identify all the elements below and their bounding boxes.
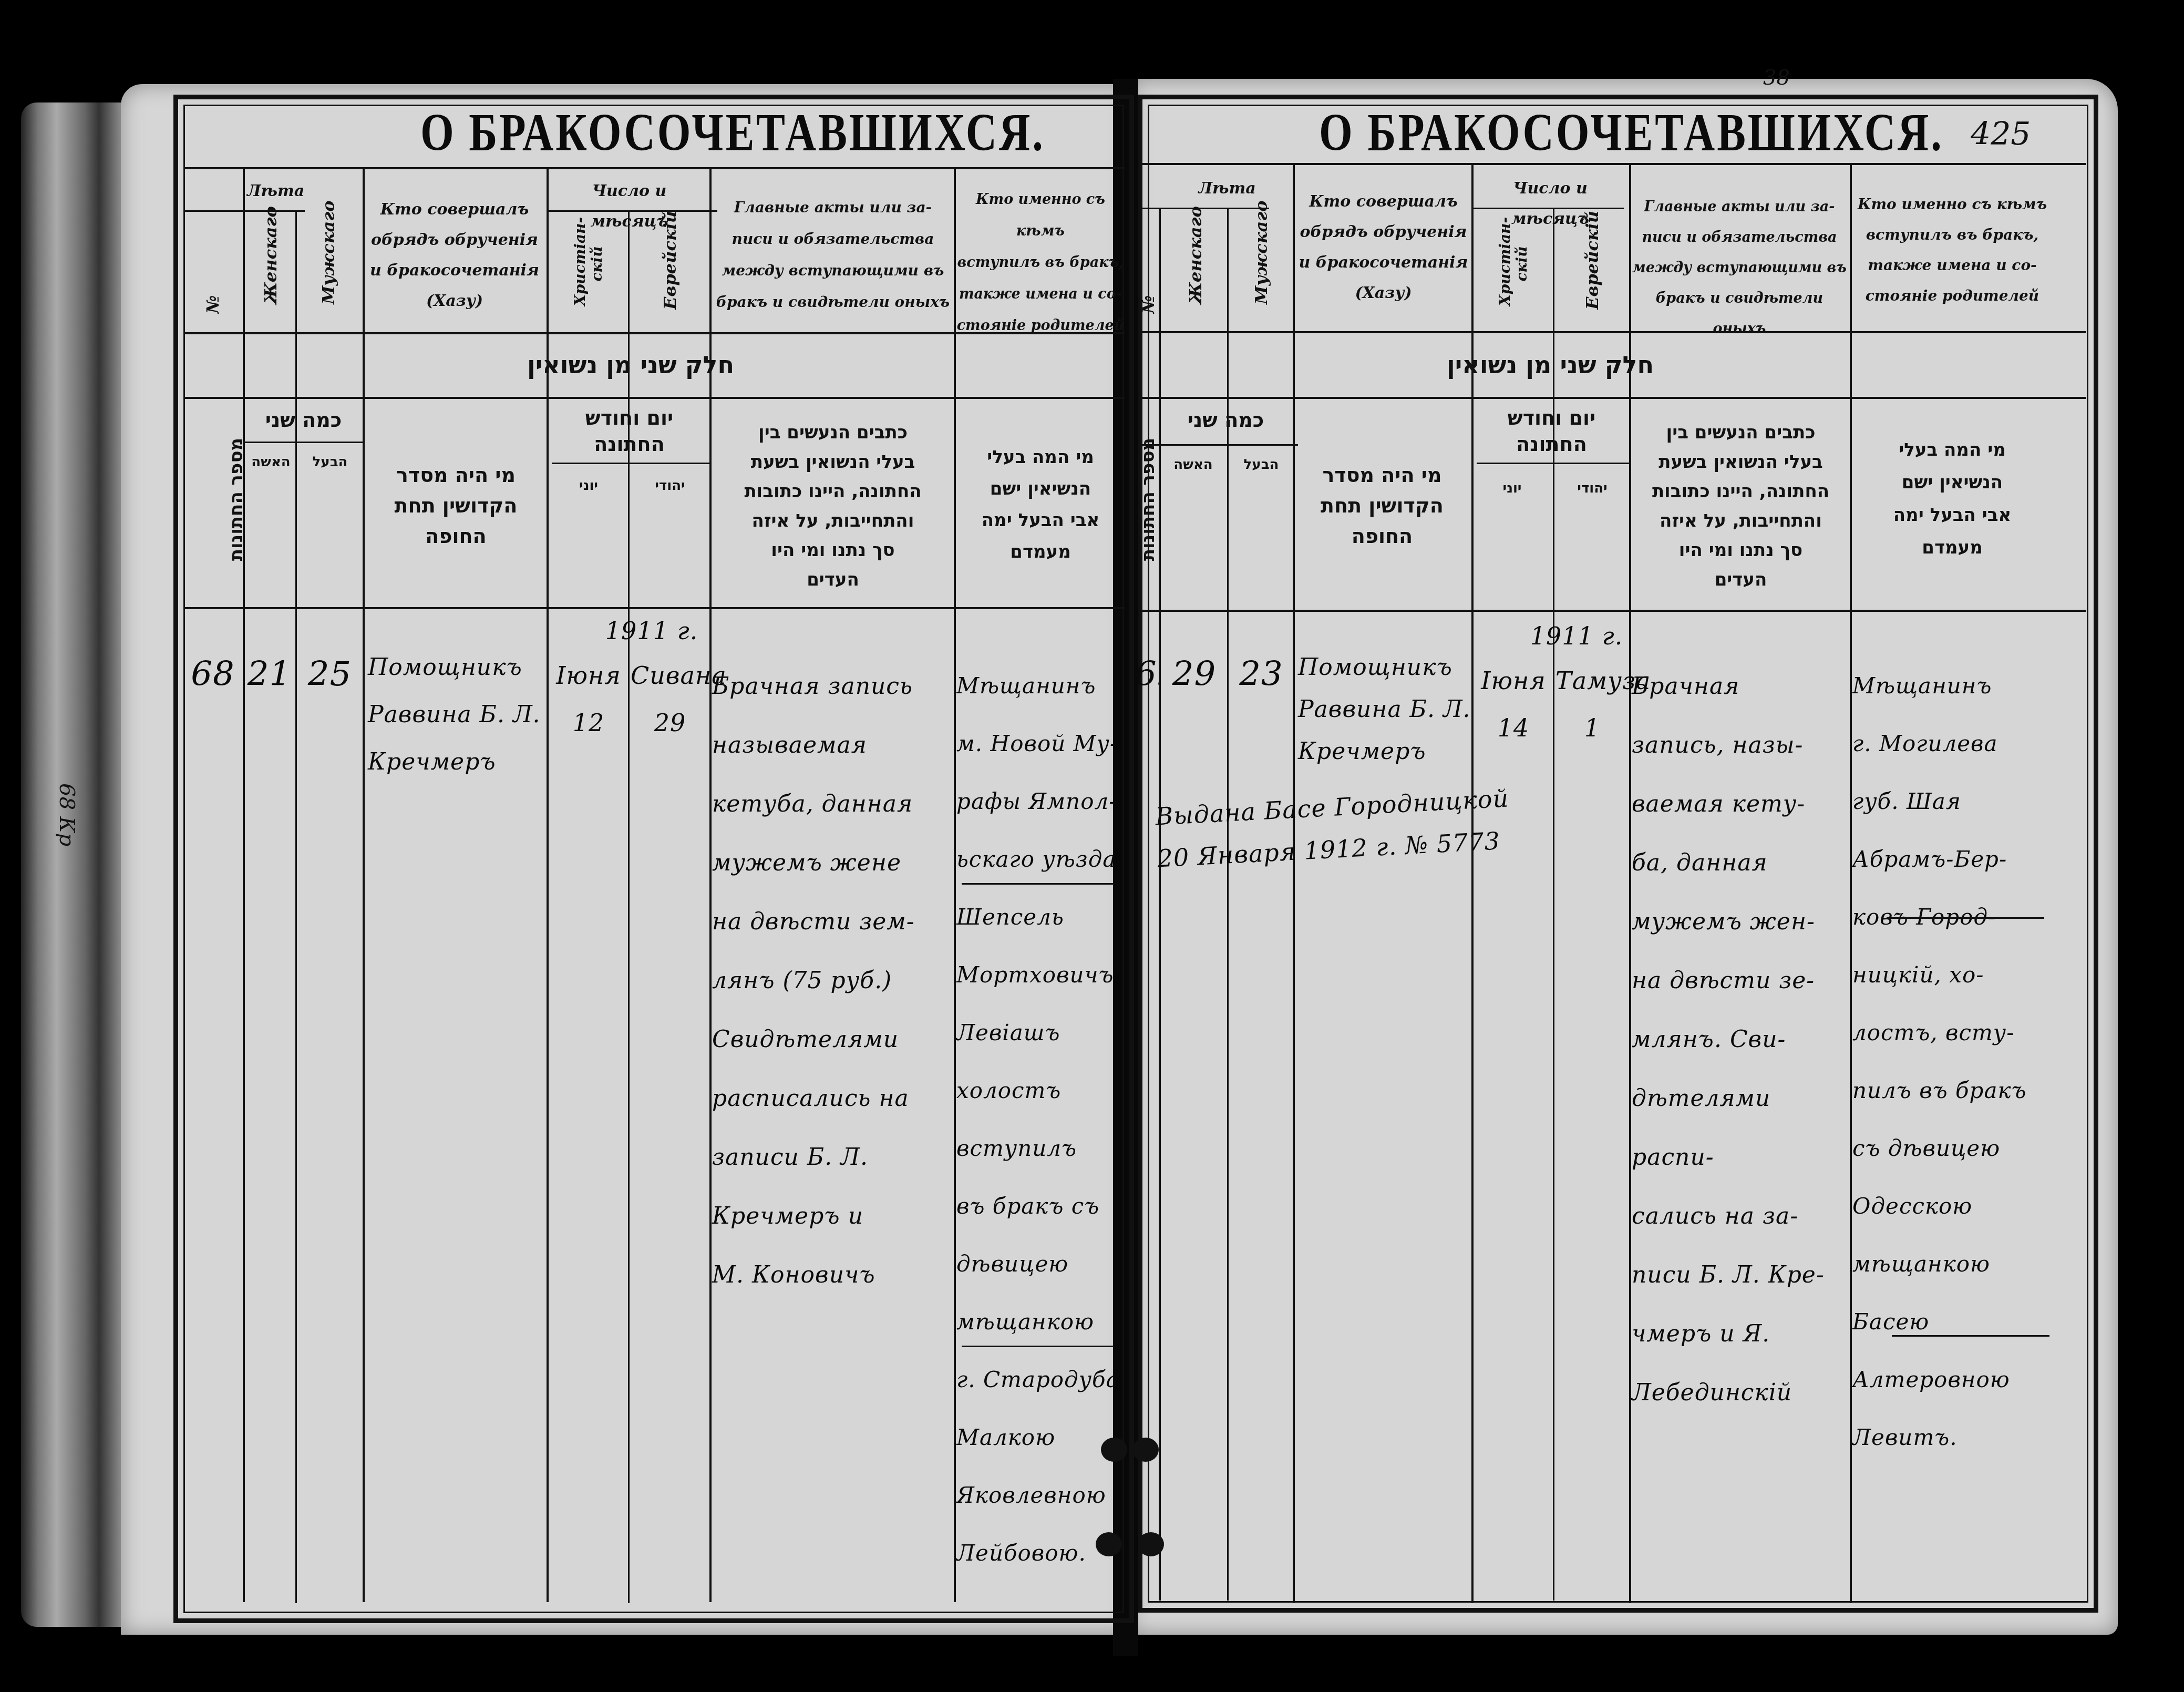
header-he-number: מספר החתונות — [1138, 421, 1159, 578]
entry-officiant: Помощникъ Раввина Б. Л. Кречмеръ — [368, 644, 547, 786]
header-he-acts: כתבים הנעשים בין בעלי הנשואין בשעת החתונ… — [1632, 418, 1850, 594]
column-rule — [547, 167, 549, 1602]
header-age-group: Лѣта — [1164, 173, 1290, 204]
header-he-husband: הבעל — [1230, 449, 1293, 480]
header-number: № — [203, 286, 223, 323]
name-underline — [1887, 917, 2044, 919]
folio-number: 425 — [1971, 116, 2031, 152]
entry-acts: Брачная запись, назы- ваемая кету- ба, д… — [1632, 657, 1850, 1422]
header-age-female: Женскаго — [1186, 220, 1206, 304]
header-age-group: Лѣта — [247, 176, 302, 207]
header-date-jewish: Еврейскій — [1582, 225, 1602, 310]
entry-year: 1911 г. — [1524, 620, 1629, 652]
rule — [1140, 331, 2086, 333]
edge-margin-note: 68 Кр — [55, 783, 79, 846]
header-acts: Главные акты или за- писи и обязательств… — [1632, 192, 1847, 344]
entry-age-male: 23 — [1230, 644, 1293, 705]
entry-number: 69 — [1135, 644, 1159, 705]
entry-age-female: 21 — [244, 644, 294, 705]
entry-acts: Брачная запись называемая кетуба, данная… — [712, 657, 954, 1305]
rule — [1140, 444, 1298, 446]
entry-end-underline — [1892, 1335, 2049, 1337]
entry-officiant: Помощникъ Раввина Б. Л. Кречмеръ — [1298, 647, 1471, 773]
entry-date-christian: Іюня 14 — [1474, 657, 1553, 752]
rule — [184, 607, 1125, 609]
rule — [184, 397, 1125, 399]
header-he-officiant: מי היה מסדר הקדושין תחת החופה — [1295, 460, 1469, 551]
rule — [1140, 610, 2086, 612]
rule — [1140, 163, 2086, 165]
header-date-jewish: Еврейскій — [660, 225, 680, 310]
header-he-date-greek: יוני — [549, 470, 628, 501]
header-he-number: מספר החתונות — [226, 421, 247, 578]
header-he-who: מי המה בעלי הנשיאין ישם אבי הבעל ימה מעמ… — [956, 442, 1125, 568]
column-rule — [954, 167, 956, 1602]
header-age-male: Мужскаго — [1251, 220, 1271, 304]
top-margin-mark: 38 — [1763, 66, 1790, 90]
entry-number: 68 — [184, 644, 242, 705]
header-he-date-greek: יוני — [1471, 473, 1553, 504]
header-number: № — [1138, 286, 1158, 323]
rule — [184, 167, 1125, 169]
entry-who: Мѣщанинъ г. Могилева губ. Шая Абрамъ-Бер… — [1852, 657, 2052, 1467]
entry-date-jewish: Сивана 29 — [631, 652, 709, 746]
header-he-officiant: מי היה מסדר הקדושין תחת החופה — [368, 460, 544, 551]
header-officiant: Кто совершалъ обрядъ обрученія и бракосо… — [1298, 187, 1469, 309]
left-page-title: О БРАКОСОЧЕТАВШИХСЯ. — [420, 101, 1045, 163]
entry-date-christian: Іюня 12 — [549, 652, 628, 746]
column-rule — [709, 167, 712, 1602]
entry-who: Мѣщанинъ м. Новой Му- рафы Ямпол- ьскаго… — [956, 657, 1125, 1582]
header-he-date-jewish: יהודי — [631, 470, 709, 501]
header-he-wife: האשה — [246, 447, 296, 477]
section-title-hebrew: חלק שני מן נשואין — [473, 350, 788, 380]
right-page-title: О БРАКОСОЧЕТАВШИХСЯ. — [1319, 101, 1944, 163]
header-age-male: Мужскаго — [318, 220, 338, 304]
header-date-christian: Христіан- скій — [572, 222, 605, 306]
header-officiant: Кто совершалъ обрядъ обрученія и бракосо… — [368, 194, 541, 316]
column-rule — [363, 167, 365, 1602]
rule — [552, 463, 709, 464]
header-he-wife: האשה — [1160, 449, 1226, 480]
column-rule — [1850, 163, 1852, 1603]
entry-end-underline — [962, 1346, 1114, 1347]
section-title-hebrew: חלק שני מן נשואין — [1393, 350, 1708, 380]
header-who: Кто именно съ кѣмъ вступилъ въ бракъ, та… — [956, 184, 1125, 342]
entry-year: 1911 г. — [594, 615, 709, 647]
header-he-age-group: כמה שני — [247, 405, 360, 435]
rule — [244, 442, 363, 443]
column-rule — [243, 167, 245, 1602]
header-he-date-jewish: יהודי — [1555, 473, 1629, 504]
header-he-who: מי המה בעלי הנשיאין ישם אבי הבעל ימה מעמ… — [1852, 434, 2052, 564]
name-underline — [962, 883, 1114, 885]
entry-age-female: 29 — [1161, 644, 1227, 705]
column-rule — [1159, 208, 1161, 1601]
header-who: Кто именно съ кѣмъ вступилъ въ бракъ, та… — [1852, 189, 2052, 311]
header-he-husband: הבעל — [298, 447, 362, 477]
header-he-date-group: יום וחודש החתונה — [1474, 405, 1629, 457]
entry-date-jewish: Тамуза 1 — [1555, 657, 1629, 752]
header-date-christian: Христіан- скій — [1497, 222, 1530, 306]
header-he-acts: כתבים הנעשים בין בעלי הנשואין בשעת החתונ… — [712, 418, 954, 594]
rule — [1140, 397, 2086, 399]
entry-age-male: 25 — [297, 644, 363, 705]
header-acts: Главные акты или за- писи и обязательств… — [715, 192, 951, 318]
header-age-female: Женскаго — [261, 220, 281, 304]
column-rule — [1293, 163, 1295, 1603]
header-he-date-group: יום וחודש החתונה — [552, 405, 707, 457]
header-he-age-group: כמה שני — [1161, 405, 1290, 435]
